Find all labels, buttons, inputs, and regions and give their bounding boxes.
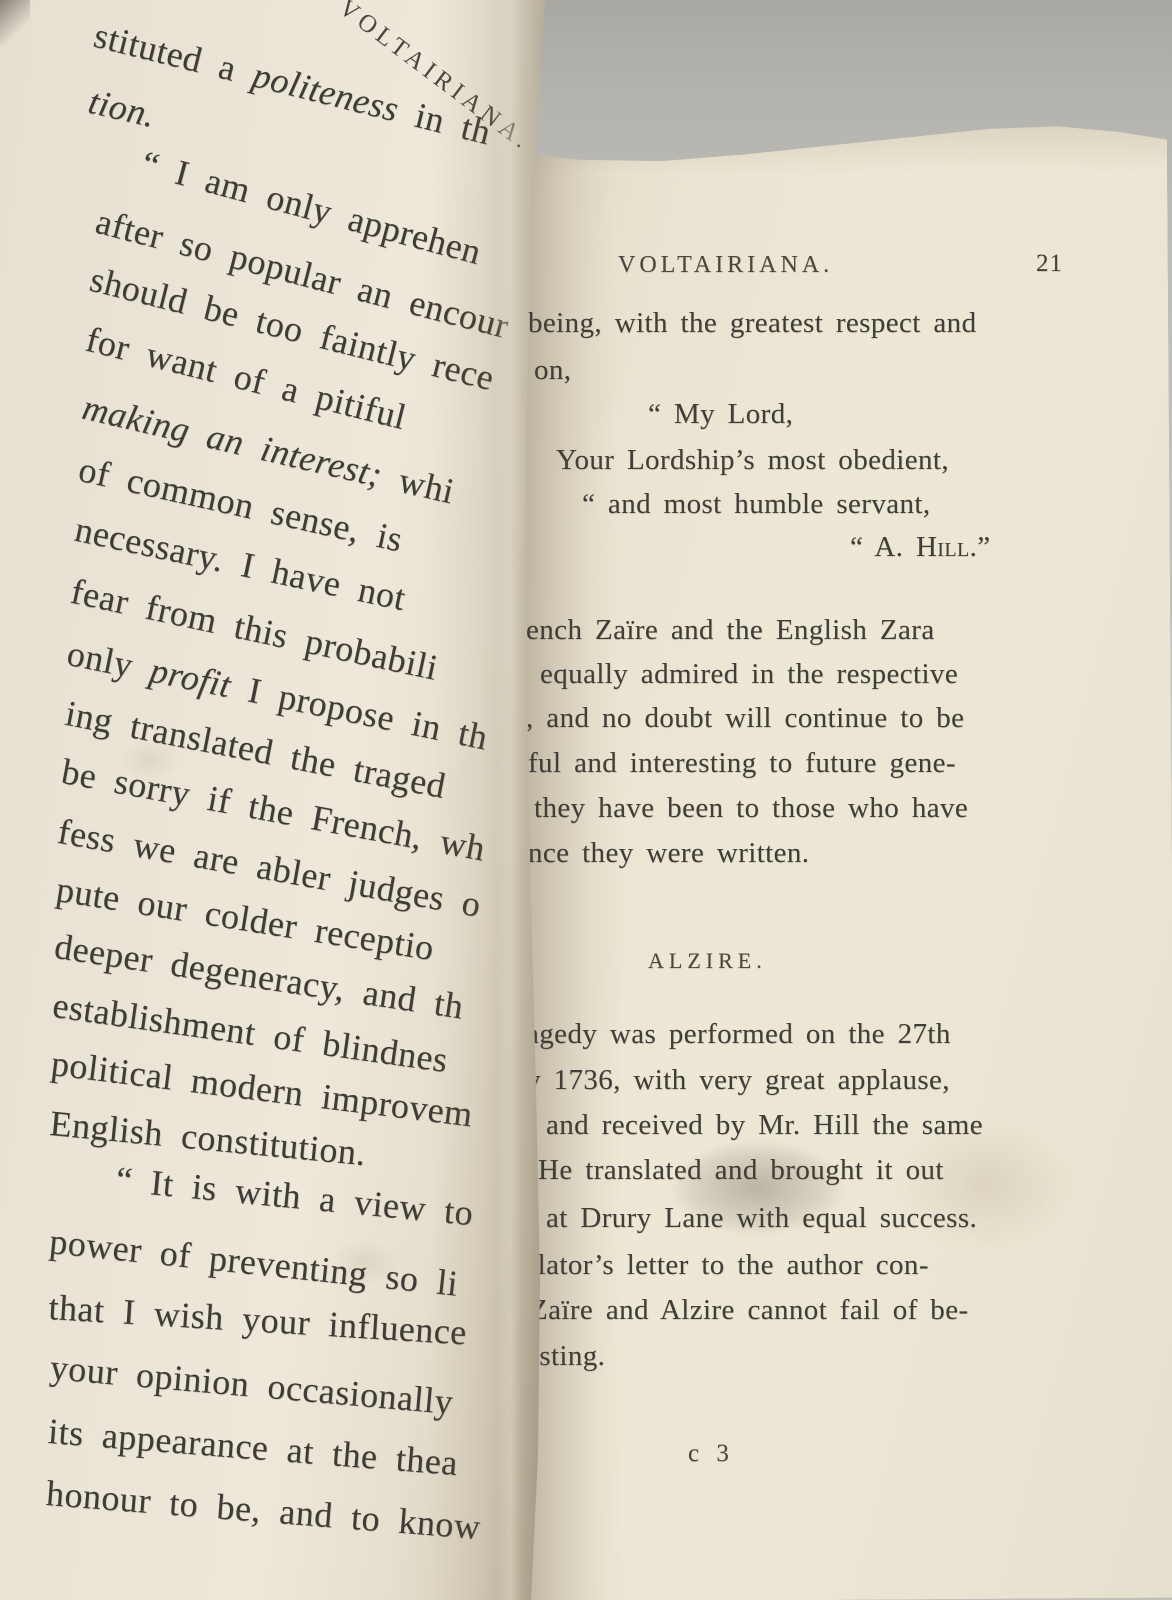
- text-line: “ and most humble servant,: [582, 488, 931, 521]
- photo-corner-shadow: [0, 0, 30, 46]
- page-number: 21: [1036, 250, 1063, 278]
- running-title: VOLTAIRIANA.: [618, 252, 833, 279]
- ink-smudge: [672, 1142, 842, 1234]
- stain: [900, 1120, 1070, 1250]
- text-line: agedy was performed on the 27th: [526, 1018, 951, 1051]
- text-line: being, with the greatest respect and: [528, 307, 976, 340]
- left-page: VOLTAIRIANA. stituted a politeness in th…: [0, 0, 548, 1600]
- text-line: Your Lordship’s most obedient,: [556, 444, 949, 477]
- book-photo-stage: VOLTAIRIANA. 21 being, with the greatest…: [0, 0, 1172, 1600]
- text-line: ful and interesting to future gene-: [528, 747, 956, 780]
- section-heading: ALZIRE.: [648, 948, 767, 974]
- text-line: and received by Mr. Hill the same: [546, 1109, 983, 1142]
- text-line: Zaïre and Alzire cannot fail of be-: [530, 1294, 969, 1327]
- text-line: “ My Lord,: [648, 398, 793, 431]
- text-line: tion.: [85, 80, 160, 136]
- text-line: equally admired in the respective: [540, 658, 958, 691]
- text-line: “ A. Hill.”: [850, 531, 991, 564]
- text-line: y 1736, with very great applause,: [526, 1064, 950, 1097]
- text-line: ench Zaïre and the English Zara: [526, 614, 935, 647]
- signature-mark: c 3: [688, 1440, 732, 1468]
- text-line: “ It is with a view to: [114, 1158, 475, 1234]
- text-line: slator’s letter to the author con-: [526, 1249, 929, 1282]
- text-line: on,: [534, 354, 571, 387]
- text-line: honour to be, and to know: [45, 1472, 482, 1548]
- text-line: nce they were written.: [528, 837, 809, 870]
- text-line: your opinion occasionally: [48, 1346, 455, 1423]
- text-line: , and no doubt will continue to be: [526, 702, 964, 735]
- text-line: they have been to those who have: [534, 792, 968, 825]
- text-line: its appearance at the thea: [47, 1410, 460, 1484]
